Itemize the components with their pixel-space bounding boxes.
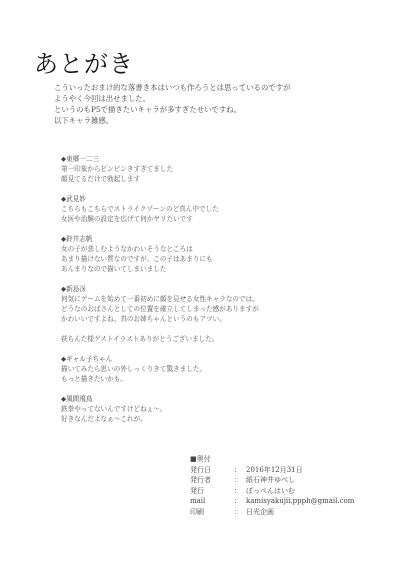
note-heading: ◆風間飛鳥 bbox=[61, 394, 381, 404]
intro-line: ようやく今回は出せました。 bbox=[54, 93, 384, 104]
intro-line: こういったおまけ的な落書き本はいつも作ろうとは思っているのですが bbox=[54, 82, 384, 93]
intro-paragraph: こういったおまけ的な落書き本はいつも作ろうとは思っているのですが ようやく今回は… bbox=[54, 82, 384, 126]
note-line: 好きなんだよなぁ～これが。 bbox=[61, 414, 381, 424]
colophon-sep: ： bbox=[234, 507, 246, 518]
colophon-value: 紙石神井ゆべし bbox=[246, 475, 295, 486]
note-line: あんまりなので描いてしまいました bbox=[61, 264, 381, 274]
note-takemi-tae: ◆武見妙 こちらもこちらでストライクゾーンのど真ん中でした 女医や治験の設定を広… bbox=[61, 194, 381, 224]
colophon-heading: ■奥付 bbox=[190, 454, 390, 465]
colophon-row-mail: mail ： kamisyakujii.ppph@gmail.com bbox=[190, 496, 390, 507]
page-title: あとがき bbox=[34, 44, 134, 79]
colophon-value: ぼっぺんはいむ bbox=[246, 486, 295, 497]
colophon-key: 印刷 bbox=[190, 507, 234, 518]
note-heading: ◆東郷一二三 bbox=[61, 154, 381, 164]
note-line: 女の子が悲しむようなかわいそうなところは bbox=[61, 244, 381, 254]
colophon-email: kamisyakujii.ppph@gmail.com bbox=[246, 496, 354, 507]
colophon-row-publisher: 発行者 ： 紙石神井ゆべし bbox=[190, 475, 390, 486]
note-kazama-asuka: ◆風間飛鳥 鉄拳やってないんですけどねぇ～。 好きなんだよなぁ～これが。 bbox=[61, 394, 381, 424]
note-line: 顔見てるだけで勃起します bbox=[61, 174, 381, 184]
colophon-row-date: 発行日 ： 2016年12月31日 bbox=[190, 465, 390, 476]
note-line: もっと描きたいかも。 bbox=[61, 374, 381, 384]
character-notes: ◆東郷一二三 第一印象からピンピンきすぎてました 顔見てるだけで勃起します ◆武… bbox=[61, 154, 381, 434]
colophon-key: 発行者 bbox=[190, 475, 234, 486]
note-heading: ◆新島冴 bbox=[61, 284, 381, 294]
intro-line: 以下キャラ雑感。 bbox=[54, 115, 384, 126]
note-line: こちらもこちらでストライクゾーンのど真ん中でした bbox=[61, 204, 381, 214]
colophon-key: mail bbox=[190, 496, 234, 507]
colophon-sep: ： bbox=[234, 486, 246, 497]
colophon-sep: ： bbox=[234, 475, 246, 486]
colophon-row-circle: 発行 ： ぼっぺんはいむ bbox=[190, 486, 390, 497]
intro-line: というのもP5で描きたいキャラが多すぎたせいですね。 bbox=[54, 104, 384, 115]
note-heading: ◆武見妙 bbox=[61, 194, 381, 204]
colophon: ■奥付 発行日 ： 2016年12月31日 発行者 ： 紙石神井ゆべし 発行 ：… bbox=[190, 454, 390, 517]
note-line: かわいいですよね。真のお姉ちゃんというのもアツい。 bbox=[61, 314, 381, 324]
colophon-sep: ： bbox=[234, 465, 246, 476]
note-line: 何気にゲームを始めて一番初めに顔を見せる女性キャラなのでは。 bbox=[61, 294, 381, 304]
colophon-key: 発行日 bbox=[190, 465, 234, 476]
colophon-value: 日光企画 bbox=[246, 507, 274, 518]
note-line: 女医や治験の設定を広げて何かヤリたいです bbox=[61, 214, 381, 224]
note-line: 第一印象からピンピンきすぎてました bbox=[61, 164, 381, 174]
note-line: どうなのおばさんとしての位置を確立してしまった感がありますが bbox=[61, 304, 381, 314]
colophon-row-printer: 印刷 ： 日光企画 bbox=[190, 507, 390, 518]
note-line: 鉄拳やってないんですけどねぇ～。 bbox=[61, 404, 381, 414]
note-heading: ◆ギャル子ちゃん bbox=[61, 354, 381, 364]
note-suzui-shiho: ◆鈴井志帆 女の子が悲しむようなかわいそうなところは あまり描けない質なのですが… bbox=[61, 234, 381, 274]
colophon-sep: ： bbox=[234, 496, 246, 507]
note-line: あまり描けない質なのですが、この子はあまりにも bbox=[61, 254, 381, 264]
note-togo-hifumi: ◆東郷一二三 第一印象からピンピンきすぎてました 顔見てるだけで勃起します bbox=[61, 154, 381, 184]
note-heading: ◆鈴井志帆 bbox=[61, 234, 381, 244]
colophon-key: 発行 bbox=[190, 486, 234, 497]
note-niijima-sae: ◆新島冴 何気にゲームを始めて一番初めに顔を見せる女性キャラなのでは。 どうなの… bbox=[61, 284, 381, 324]
note-gal-ko: ◆ギャル子ちゃん 描いてみたら思いの外しっくりきて驚きました。 もっと描きたいか… bbox=[61, 354, 381, 384]
colophon-value: 2016年12月31日 bbox=[246, 465, 303, 476]
guest-thanks: 荻ちんた様ゲストイラストありがとうございました。 bbox=[61, 334, 381, 344]
note-line: 描いてみたら思いの外しっくりきて驚きました。 bbox=[61, 364, 381, 374]
